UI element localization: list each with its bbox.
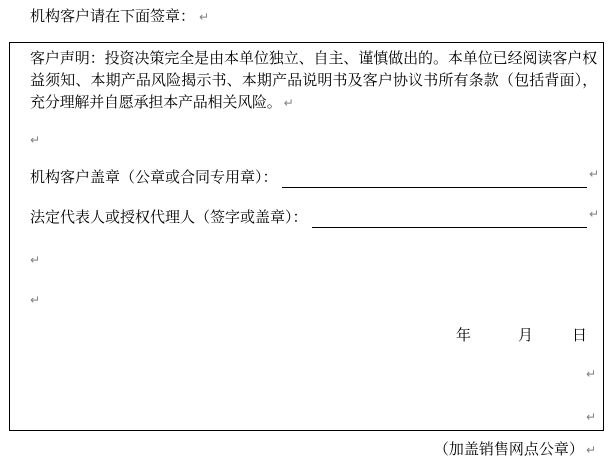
paragraph-mark-icon: ↵ [586,367,596,381]
paragraph-mark-icon: ↵ [586,410,596,424]
institution-seal-label: 机构客户盖章（公章或合同专用章）： [30,169,278,188]
paragraph-mark-icon: ↵ [30,293,40,307]
paragraph-mark-icon: ↵ [589,208,599,220]
institution-seal-blank[interactable] [282,168,587,188]
client-declaration-text: 客户声明：投资决策完全是由本单位独立、自主、谨慎做出的。本单位已经阅读客户权益须… [30,51,597,111]
representative-signature-line: 法定代表人或授权代理人（签字或盖章）： ↵ [30,208,599,228]
page-title-text: 机构客户请在下面签章： [30,9,195,25]
paragraph-mark-icon: ↵ [589,168,599,180]
date-day-label: 日 [572,327,587,345]
page-title: 机构客户请在下面签章：↵ [30,9,209,26]
client-declaration: 客户声明：投资决策完全是由本单位独立、自主、谨慎做出的。本单位已经阅读客户权益须… [30,48,597,114]
sales-outlet-stamp-text: （加盖销售网点公章） [434,442,584,458]
paragraph-mark-icon: ↵ [586,443,596,457]
institution-seal-line: 机构客户盖章（公章或合同专用章）： ↵ [30,168,599,188]
paragraph-mark-icon: ↵ [30,133,40,147]
empty-paragraph: ↵ [586,365,596,383]
signature-box: 客户声明：投资决策完全是由本单位独立、自主、谨慎做出的。本单位已经阅读客户权益须… [9,42,604,431]
empty-paragraph: ↵ [30,131,40,149]
empty-paragraph: ↵ [586,408,596,426]
paragraph-mark-icon: ↵ [30,253,40,267]
date-line: 年 月 日 [10,327,603,345]
paragraph-mark-icon: ↵ [284,96,294,110]
paragraph-mark-icon: ↵ [199,10,209,24]
date-month-label: 月 [518,327,533,345]
empty-paragraph: ↵ [30,291,40,309]
document-page: 机构客户请在下面签章：↵ 客户声明：投资决策完全是由本单位独立、自主、谨慎做出的… [0,0,613,467]
representative-signature-label: 法定代表人或授权代理人（签字或盖章）： [30,209,308,228]
sales-outlet-stamp-note: （加盖销售网点公章）↵ [434,441,596,459]
representative-signature-blank[interactable] [312,208,587,228]
date-year-label: 年 [456,327,471,345]
empty-paragraph: ↵ [30,251,40,269]
